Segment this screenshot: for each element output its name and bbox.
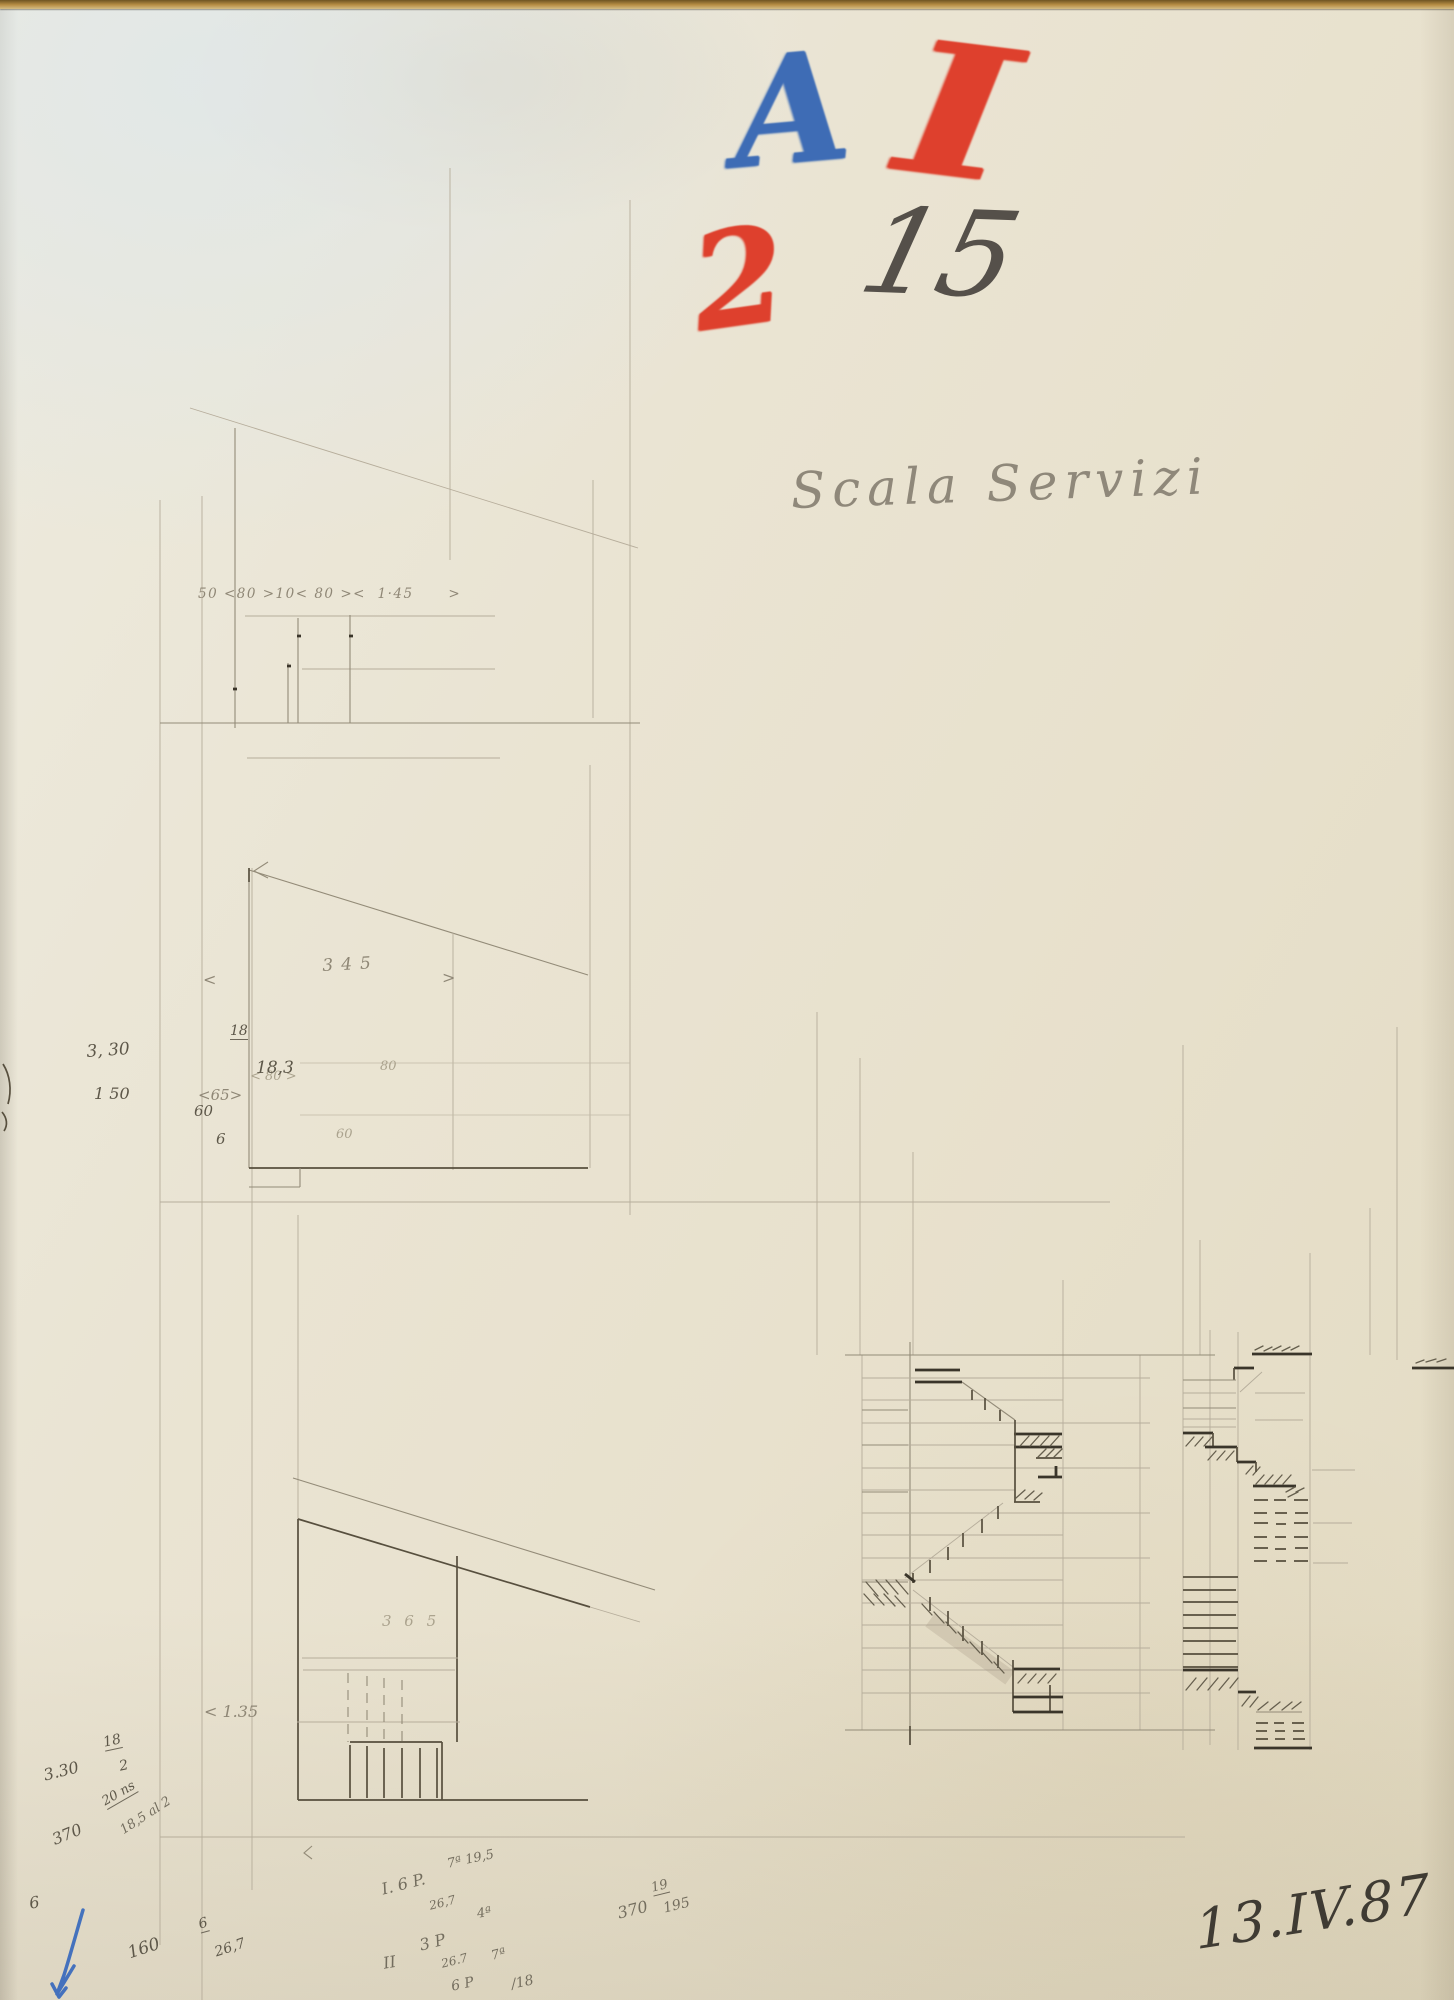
middle-left-section-drawing <box>249 765 630 1187</box>
note-calc-5c: 7ª 19,5 <box>446 1848 495 1871</box>
note-calc-1d: 1 50 <box>94 1086 130 1102</box>
scan-edge-top-strip <box>0 0 1454 9</box>
note-calc-8c: 195 <box>662 1896 691 1916</box>
drawing-date: 13.IV.87 <box>1194 1867 1433 1959</box>
note-calc-7b: /18 <box>510 1973 535 1991</box>
stair-section-drawing-1 <box>845 1330 1215 1745</box>
dimension-mid-value: 345 <box>322 955 379 975</box>
note-calc-6d: 7ª <box>490 1947 507 1963</box>
note-calc-6c: 26.7 <box>440 1952 469 1970</box>
note-calc-1a: 3, 30 <box>86 1041 130 1061</box>
roman-numeral-mark: I <box>890 14 1026 209</box>
note-calc-8a: 370 <box>616 1899 650 1922</box>
note-calc-2e: 20 ns <box>100 1779 138 1810</box>
note-calc-4a: 160 <box>126 1936 162 1962</box>
note-calc-2b: 18 <box>102 1732 123 1751</box>
note-calc-5b: 26,7 <box>428 1894 457 1912</box>
note-calc-3: 6 <box>28 1894 41 1912</box>
stair-section-drawing-2 <box>1183 1332 1454 1750</box>
scanned-drawing-sheet: A I 2 15 Scala Servizi 13.IV.87 50 <80 >… <box>0 0 1454 2000</box>
dimension-mid-right-arrow: > <box>442 970 455 986</box>
note-calc-2d: 370 <box>50 1822 84 1848</box>
note-calc-2f: 18,5 al 2 <box>118 1795 173 1837</box>
top-left-section-drawing <box>160 408 640 758</box>
construction-lines <box>160 168 1397 2000</box>
inventory-number-mark: 15 <box>851 192 1030 314</box>
note-calc-4b: 6 <box>197 1916 210 1934</box>
dimension-plan-135: < 1.35 <box>204 1704 258 1720</box>
note-calc-1c: 18,3 <box>256 1060 294 1077</box>
note-calc-6b: 3 P <box>418 1932 447 1954</box>
note-calc-1e: 60 <box>194 1104 213 1119</box>
blue-ink-scribble <box>52 1910 83 1997</box>
dimension-plan-365: 3 6 5 <box>382 1614 440 1629</box>
dimension-mid-60: 60 <box>336 1128 353 1141</box>
bottom-left-plan-drawing <box>293 1478 655 1859</box>
drawing-title: Scala Servizi <box>790 451 1211 516</box>
note-calc-8b: 19 <box>650 1878 670 1897</box>
note-calc-1f: 6 <box>216 1132 226 1147</box>
note-calc-7a: 6 P <box>450 1975 475 1993</box>
note-calc-1b: 18 <box>230 1024 248 1040</box>
note-calc-2c: 2 <box>118 1758 130 1774</box>
note-calc-5d: 4ª <box>476 1905 492 1920</box>
scan-artifact-left-edge <box>0 12 22 1132</box>
note-calc-2a: 3.30 <box>42 1759 80 1783</box>
sheet-number-mark: 2 <box>684 207 793 350</box>
series-letter-mark: A <box>726 30 855 190</box>
note-calc-5a: I. 6 P. <box>380 1871 427 1897</box>
dimension-top-section: 50 <80 >10< 80 >< 1·45 > <box>198 588 461 602</box>
dimension-mid-left-arrow: < <box>203 972 216 988</box>
paper-stains <box>269 53 1424 1323</box>
dimension-mid-80b: 80 <box>380 1060 397 1073</box>
dimension-mid-65: <65> <box>198 1088 242 1103</box>
note-calc-6a: II <box>382 1954 397 1972</box>
note-calc-4c: 26,7 <box>213 1936 247 1959</box>
